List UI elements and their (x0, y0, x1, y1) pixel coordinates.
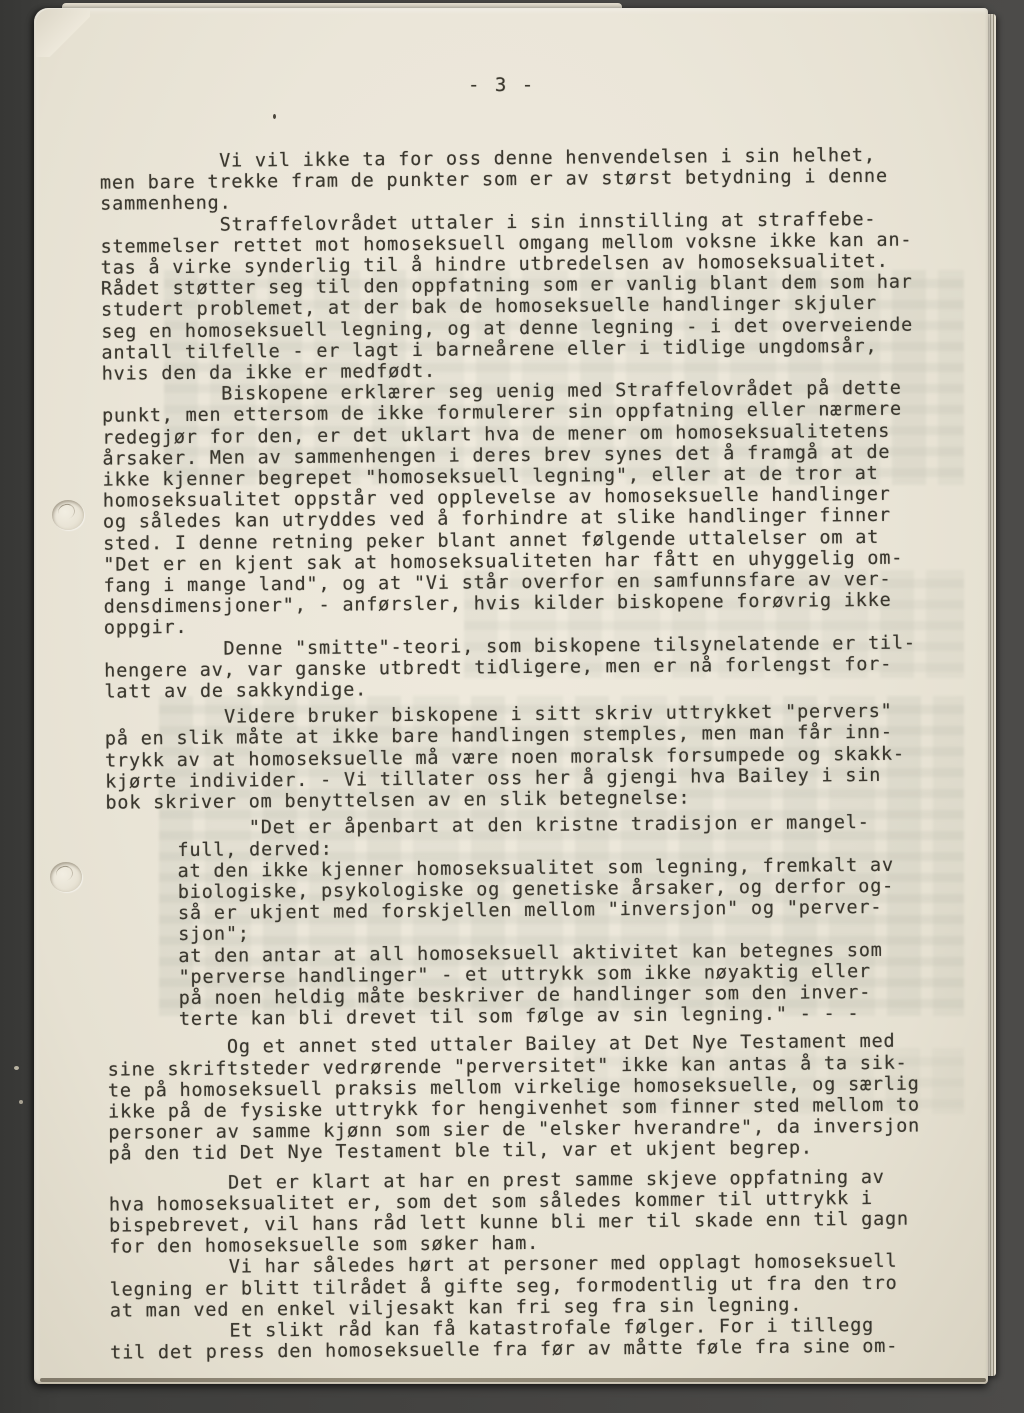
typewritten-text: Vi vil ikke ta for oss denne henvendelse… (100, 144, 951, 1364)
page-bottom-edge (40, 1378, 986, 1382)
paper-speck (14, 1066, 19, 1070)
paragraph-straffelovraadet: Straffelovrådet uttaler i sin innstillin… (100, 208, 941, 385)
paragraph-nye-testament: Og et annet sted uttaler Bailey at Det N… (107, 1031, 948, 1166)
blockquote-bailey: "Det er åpenbart at den kristne tradisjo… (106, 812, 948, 1031)
paragraph-pervers: Videre bruker biskopene i sitt skriv utt… (105, 701, 946, 814)
paragraph-biskopene: Biskopene erklærer seg uenig med Straffe… (102, 378, 944, 640)
punch-hole-top (52, 500, 84, 530)
scan-background: - 3 - Vi vil ikke ta for oss denne henve… (0, 0, 1024, 1413)
paragraph-intro: Vi vil ikke ta for oss denne henvendelse… (100, 144, 941, 215)
punch-hole-bottom (50, 862, 82, 892)
top-left-corner-fold (36, 9, 90, 57)
paragraph-prest: Det er klart at har en prest samme skjev… (109, 1166, 950, 1258)
paragraph-gifte-seg: Vi har således hørt at personer med oppl… (109, 1251, 950, 1322)
paragraph-katastrofale: Et slikt råd kan få katastrofale følger.… (110, 1314, 950, 1364)
page-number: - 3 - (468, 74, 535, 96)
paper-speck (19, 1100, 23, 1104)
paragraph-smitteteori: Denne "smitte"-teori, som biskopene tils… (104, 632, 945, 703)
ink-speck (273, 114, 276, 119)
